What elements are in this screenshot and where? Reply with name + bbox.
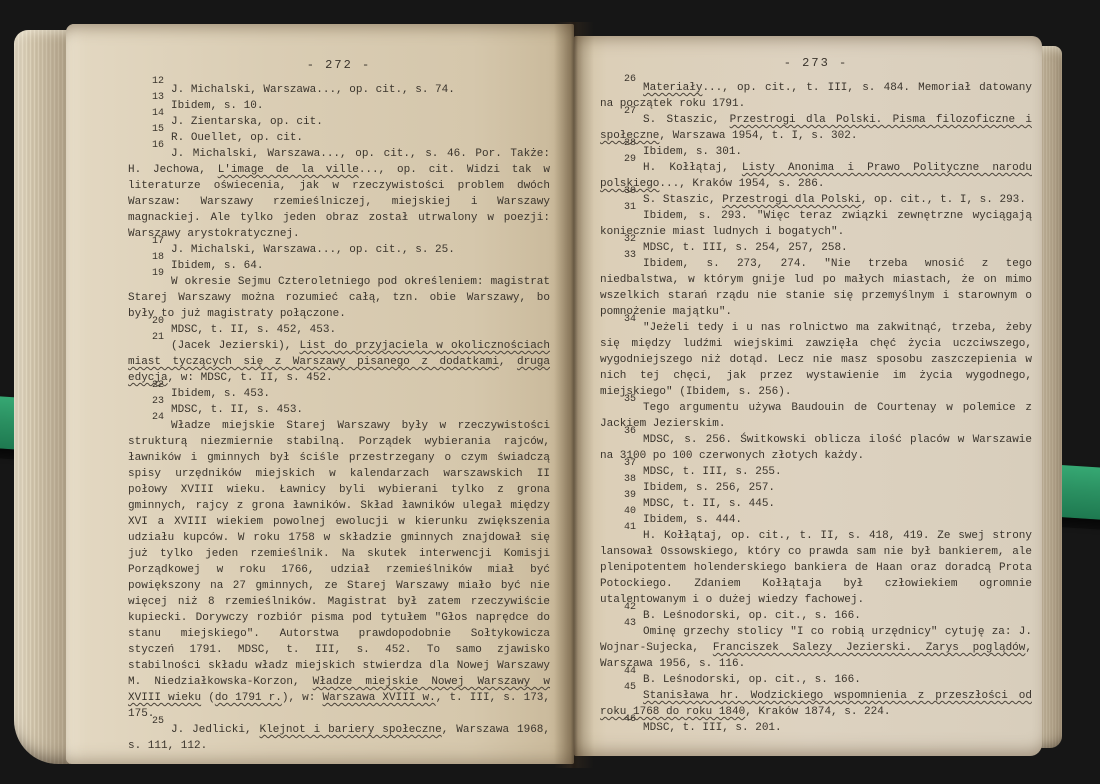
page-number-272: - 272 - — [128, 58, 550, 72]
footnote-text: S. Staszic, — [643, 194, 722, 206]
footnote-15: 15R. Ouellet, op. cit. — [128, 130, 550, 146]
footnote-text: ..., Kraków 1954, s. 286. — [659, 178, 824, 190]
footnote-number: 33 — [624, 250, 636, 261]
footnote-number: 28 — [624, 138, 636, 149]
footnote-text: MDSC, t. III, s. 254, 257, 258. — [643, 242, 848, 254]
footnote-number: 42 — [624, 602, 636, 613]
footnotes-272: 12J. Michalski, Warszawa..., op. cit., s… — [128, 82, 550, 754]
footnote-28: 28Ibidem, s. 301. — [600, 144, 1032, 160]
footnote-26: 26Materiały..., op. cit., t. III, s. 484… — [600, 80, 1032, 112]
footnote-text: J. Zientarska, op. cit. — [171, 116, 323, 128]
footnote-20: 20MDSC, t. II, s. 452, 453. — [128, 322, 550, 338]
underlined-title: Materiały — [643, 82, 702, 94]
page-273: - 273 - 26Materiały..., op. cit., t. III… — [574, 36, 1042, 756]
footnote-text: Ibidem, s. 453. — [171, 388, 270, 400]
underlined-title: Klejnot i bariery społeczne — [260, 724, 442, 736]
footnote-number: 22 — [152, 380, 164, 391]
footnote-number: 25 — [152, 716, 164, 727]
footnote-text: Ibidem, s. 301. — [643, 146, 742, 158]
footnote-41: 41H. Kołłątaj, op. cit., t. II, s. 418, … — [600, 528, 1032, 608]
footnote-25: 25J. Jedlicki, Klejnot i bariery społecz… — [128, 722, 550, 754]
footnote-number: 38 — [624, 474, 636, 485]
footnote-number: 26 — [624, 74, 636, 85]
footnote-number: 40 — [624, 506, 636, 517]
footnote-text: R. Ouellet, op. cit. — [171, 132, 303, 144]
footnote-text: , op. cit., t. I, s. 293. — [861, 194, 1026, 206]
footnote-text: MDSC, t. III, s. 255. — [643, 466, 782, 478]
underlined-title: Franciszek Salezy Jezierski. Zarys poglą… — [713, 642, 1026, 654]
footnote-number: 34 — [624, 314, 636, 325]
footnote-text: , w: MDSC, t. II, s. 452. — [168, 372, 333, 384]
footnote-text: W okresie Sejmu Czteroletniego pod okreś… — [128, 276, 550, 320]
page-272: - 272 - 12J. Michalski, Warszawa..., op.… — [66, 24, 574, 764]
footnote-number: 15 — [152, 124, 164, 135]
footnote-19: 19W okresie Sejmu Czteroletniego pod okr… — [128, 274, 550, 322]
footnote-text: Ibidem, s. 10. — [171, 100, 263, 112]
footnote-number: 39 — [624, 490, 636, 501]
footnote-35: 35Tego argumentu używa Baudouin de Court… — [600, 400, 1032, 432]
footnote-number: 19 — [152, 268, 164, 279]
footnote-31: 31Ibidem, s. 293. "Więc teraz związki ze… — [600, 208, 1032, 240]
page-number-273: - 273 - — [600, 56, 1032, 70]
footnote-32: 32MDSC, t. III, s. 254, 257, 258. — [600, 240, 1032, 256]
footnote-number: 16 — [152, 140, 164, 151]
footnote-number: 18 — [152, 252, 164, 263]
footnote-13: 13Ibidem, s. 10. — [128, 98, 550, 114]
footnote-21: 21(Jacek Jezierski), List do przyjaciela… — [128, 338, 550, 386]
footnote-text: Ibidem, s. 293. "Więc teraz związki zewn… — [600, 210, 1032, 238]
footnote-45: 45Stanisława hr. Wodzickiego wspomnienia… — [600, 688, 1032, 720]
footnote-text: Ibidem, s. 273, 274. "Nie trzeba wnosić … — [600, 258, 1032, 318]
footnote-number: 27 — [624, 106, 636, 117]
footnote-number: 46 — [624, 714, 636, 725]
footnote-text: ), w: — [282, 692, 323, 704]
footnote-text: "Jeżeli tedy i u nas rolnictwo ma zakwit… — [600, 322, 1032, 398]
footnote-text: MDSC, s. 256. Świtkowski oblicza ilość p… — [600, 434, 1032, 462]
footnote-22: 22Ibidem, s. 453. — [128, 386, 550, 402]
page-272-content: - 272 - 12J. Michalski, Warszawa..., op.… — [128, 58, 550, 754]
footnote-text: MDSC, t. II, s. 452, 453. — [171, 324, 336, 336]
open-book: - 272 - 12J. Michalski, Warszawa..., op.… — [14, 22, 1064, 768]
footnote-43: 43Ominę grzechy stolicy "I co robią urzę… — [600, 624, 1032, 672]
footnote-text: MDSC, t. II, s. 445. — [643, 498, 775, 510]
footnote-37: 37MDSC, t. III, s. 255. — [600, 464, 1032, 480]
footnote-number: 35 — [624, 394, 636, 405]
footnote-number: 20 — [152, 316, 164, 327]
footnote-number: 29 — [624, 154, 636, 165]
footnote-number: 23 — [152, 396, 164, 407]
footnote-text: , Kraków 1874, s. 224. — [745, 706, 890, 718]
footnote-text: MDSC, t. III, s. 201. — [643, 722, 782, 734]
footnote-18: 18Ibidem, s. 64. — [128, 258, 550, 274]
footnote-40: 40Ibidem, s. 444. — [600, 512, 1032, 528]
footnote-number: 14 — [152, 108, 164, 119]
footnote-text: B. Leśnodorski, op. cit., s. 166. — [643, 610, 861, 622]
footnote-12: 12J. Michalski, Warszawa..., op. cit., s… — [128, 82, 550, 98]
footnote-number: 43 — [624, 618, 636, 629]
footnote-number: 31 — [624, 202, 636, 213]
footnote-number: 12 — [152, 76, 164, 87]
footnote-text: ( — [201, 692, 215, 704]
footnote-number: 21 — [152, 332, 164, 343]
footnote-text: Ibidem, s. 64. — [171, 260, 263, 272]
footnote-27: 27S. Staszic, Przestrogi dla Polski. Pis… — [600, 112, 1032, 144]
footnote-14: 14J. Zientarska, op. cit. — [128, 114, 550, 130]
underlined-title: Warszawa XVIII w. — [323, 692, 436, 704]
footnote-number: 37 — [624, 458, 636, 469]
desk-background: - 272 - 12J. Michalski, Warszawa..., op.… — [0, 0, 1100, 784]
footnote-number: 44 — [624, 666, 636, 677]
footnote-text: J. Michalski, Warszawa..., op. cit., s. … — [171, 84, 455, 96]
footnote-46: 46MDSC, t. III, s. 201. — [600, 720, 1032, 736]
footnote-text: Władze miejskie Starej Warszawy były w r… — [128, 420, 550, 688]
footnote-44: 44B. Leśnodorski, op. cit., s. 166. — [600, 672, 1032, 688]
footnote-29: 29H. Kołłątaj, Listy Anonima i Prawo Pol… — [600, 160, 1032, 192]
footnote-text: J. Michalski, Warszawa..., op. cit., s. … — [171, 244, 455, 256]
footnote-text: B. Leśnodorski, op. cit., s. 166. — [643, 674, 861, 686]
footnote-23: 23MDSC, t. II, s. 453. — [128, 402, 550, 418]
footnote-17: 17J. Michalski, Warszawa..., op. cit., s… — [128, 242, 550, 258]
footnote-number: 45 — [624, 682, 636, 693]
page-273-content: - 273 - 26Materiały..., op. cit., t. III… — [600, 56, 1032, 736]
footnote-24: 24Władze miejskie Starej Warszawy były w… — [128, 418, 550, 722]
footnote-36: 36MDSC, s. 256. Świtkowski oblicza ilość… — [600, 432, 1032, 464]
footnote-number: 41 — [624, 522, 636, 533]
left-page-edges — [14, 30, 70, 764]
footnote-number: 30 — [624, 186, 636, 197]
footnote-number: 36 — [624, 426, 636, 437]
footnote-number: 24 — [152, 412, 164, 423]
footnote-text: Ibidem, s. 256, 257. — [643, 482, 775, 494]
footnote-text: , Warszawa 1954, t. I, s. 302. — [659, 130, 857, 142]
footnote-33: 33Ibidem, s. 273, 274. "Nie trzeba wnosi… — [600, 256, 1032, 320]
footnote-text: S. Staszic, — [643, 114, 730, 126]
footnote-text: H. Kołłątaj, — [643, 162, 742, 174]
footnote-34: 34"Jeżeli tedy i u nas rolnictwo ma zakw… — [600, 320, 1032, 400]
footnote-text: Tego argumentu używa Baudouin de Courten… — [600, 402, 1032, 430]
footnote-number: 17 — [152, 236, 164, 247]
footnote-39: 39MDSC, t. II, s. 445. — [600, 496, 1032, 512]
underlined-title: Przestrogi dla Polski — [722, 194, 861, 206]
underlined-title: L'image de la ville — [218, 164, 359, 176]
footnote-text: H. Kołłątaj, op. cit., t. II, s. 418, 41… — [600, 530, 1032, 606]
footnote-30: 30S. Staszic, Przestrogi dla Polski, op.… — [600, 192, 1032, 208]
footnote-number: 13 — [152, 92, 164, 103]
right-page-edges — [1040, 46, 1062, 748]
footnote-number: 32 — [624, 234, 636, 245]
footnote-42: 42B. Leśnodorski, op. cit., s. 166. — [600, 608, 1032, 624]
footnote-38: 38Ibidem, s. 256, 257. — [600, 480, 1032, 496]
footnote-text: MDSC, t. II, s. 453. — [171, 404, 303, 416]
footnote-16: 16J. Michalski, Warszawa..., op. cit., s… — [128, 146, 550, 242]
footnote-text: J. Jedlicki, — [171, 724, 259, 736]
footnote-text: , — [499, 356, 517, 368]
footnote-text: Ibidem, s. 444. — [643, 514, 742, 526]
footnotes-273: 26Materiały..., op. cit., t. III, s. 484… — [600, 80, 1032, 736]
underlined-title: do 1791 r. — [215, 692, 282, 704]
footnote-text: (Jacek Jezierski), — [171, 340, 300, 352]
